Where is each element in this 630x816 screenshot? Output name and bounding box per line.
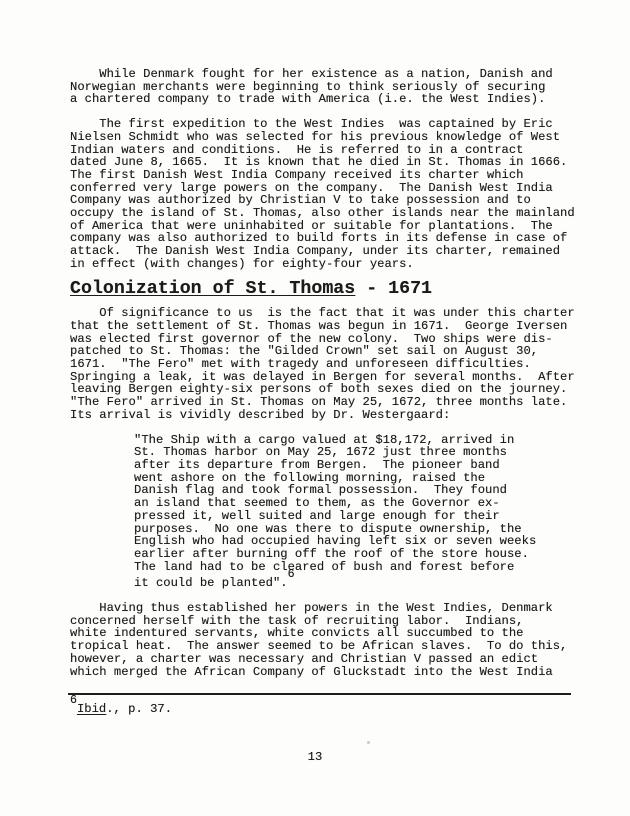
body-paragraph-4: Having thus established her powers in th… — [70, 602, 590, 678]
footnote-reference: 6 — [288, 568, 295, 581]
footnote-term: Ibid — [77, 702, 106, 716]
footnote: 6Ibid., p. 37. — [70, 699, 590, 716]
scan-speck — [367, 741, 370, 744]
footnote-divider — [68, 693, 571, 695]
section-heading: Colonization of St. Thomas - 1671 — [70, 283, 590, 296]
footnote-marker: 6 — [70, 694, 77, 707]
body-paragraph-2: The first expedition to the West Indies … — [70, 118, 590, 270]
block-quote-text: "The Ship with a cargo valued at $18,172… — [134, 433, 536, 591]
body-paragraph-3: Of significance to us is the fact that i… — [70, 307, 590, 421]
body-paragraph-1: While Denmark fought for her existence a… — [70, 68, 590, 106]
footnote-text: ., p. 37. — [106, 702, 172, 716]
document-page: While Denmark fought for her existence a… — [0, 0, 630, 816]
page-number: 13 — [0, 751, 630, 764]
section-heading-suffix: - 1671 — [355, 279, 432, 299]
block-quote: "The Ship with a cargo valued at $18,172… — [134, 434, 590, 591]
section-heading-underlined: Colonization of St. Thomas — [70, 279, 355, 299]
